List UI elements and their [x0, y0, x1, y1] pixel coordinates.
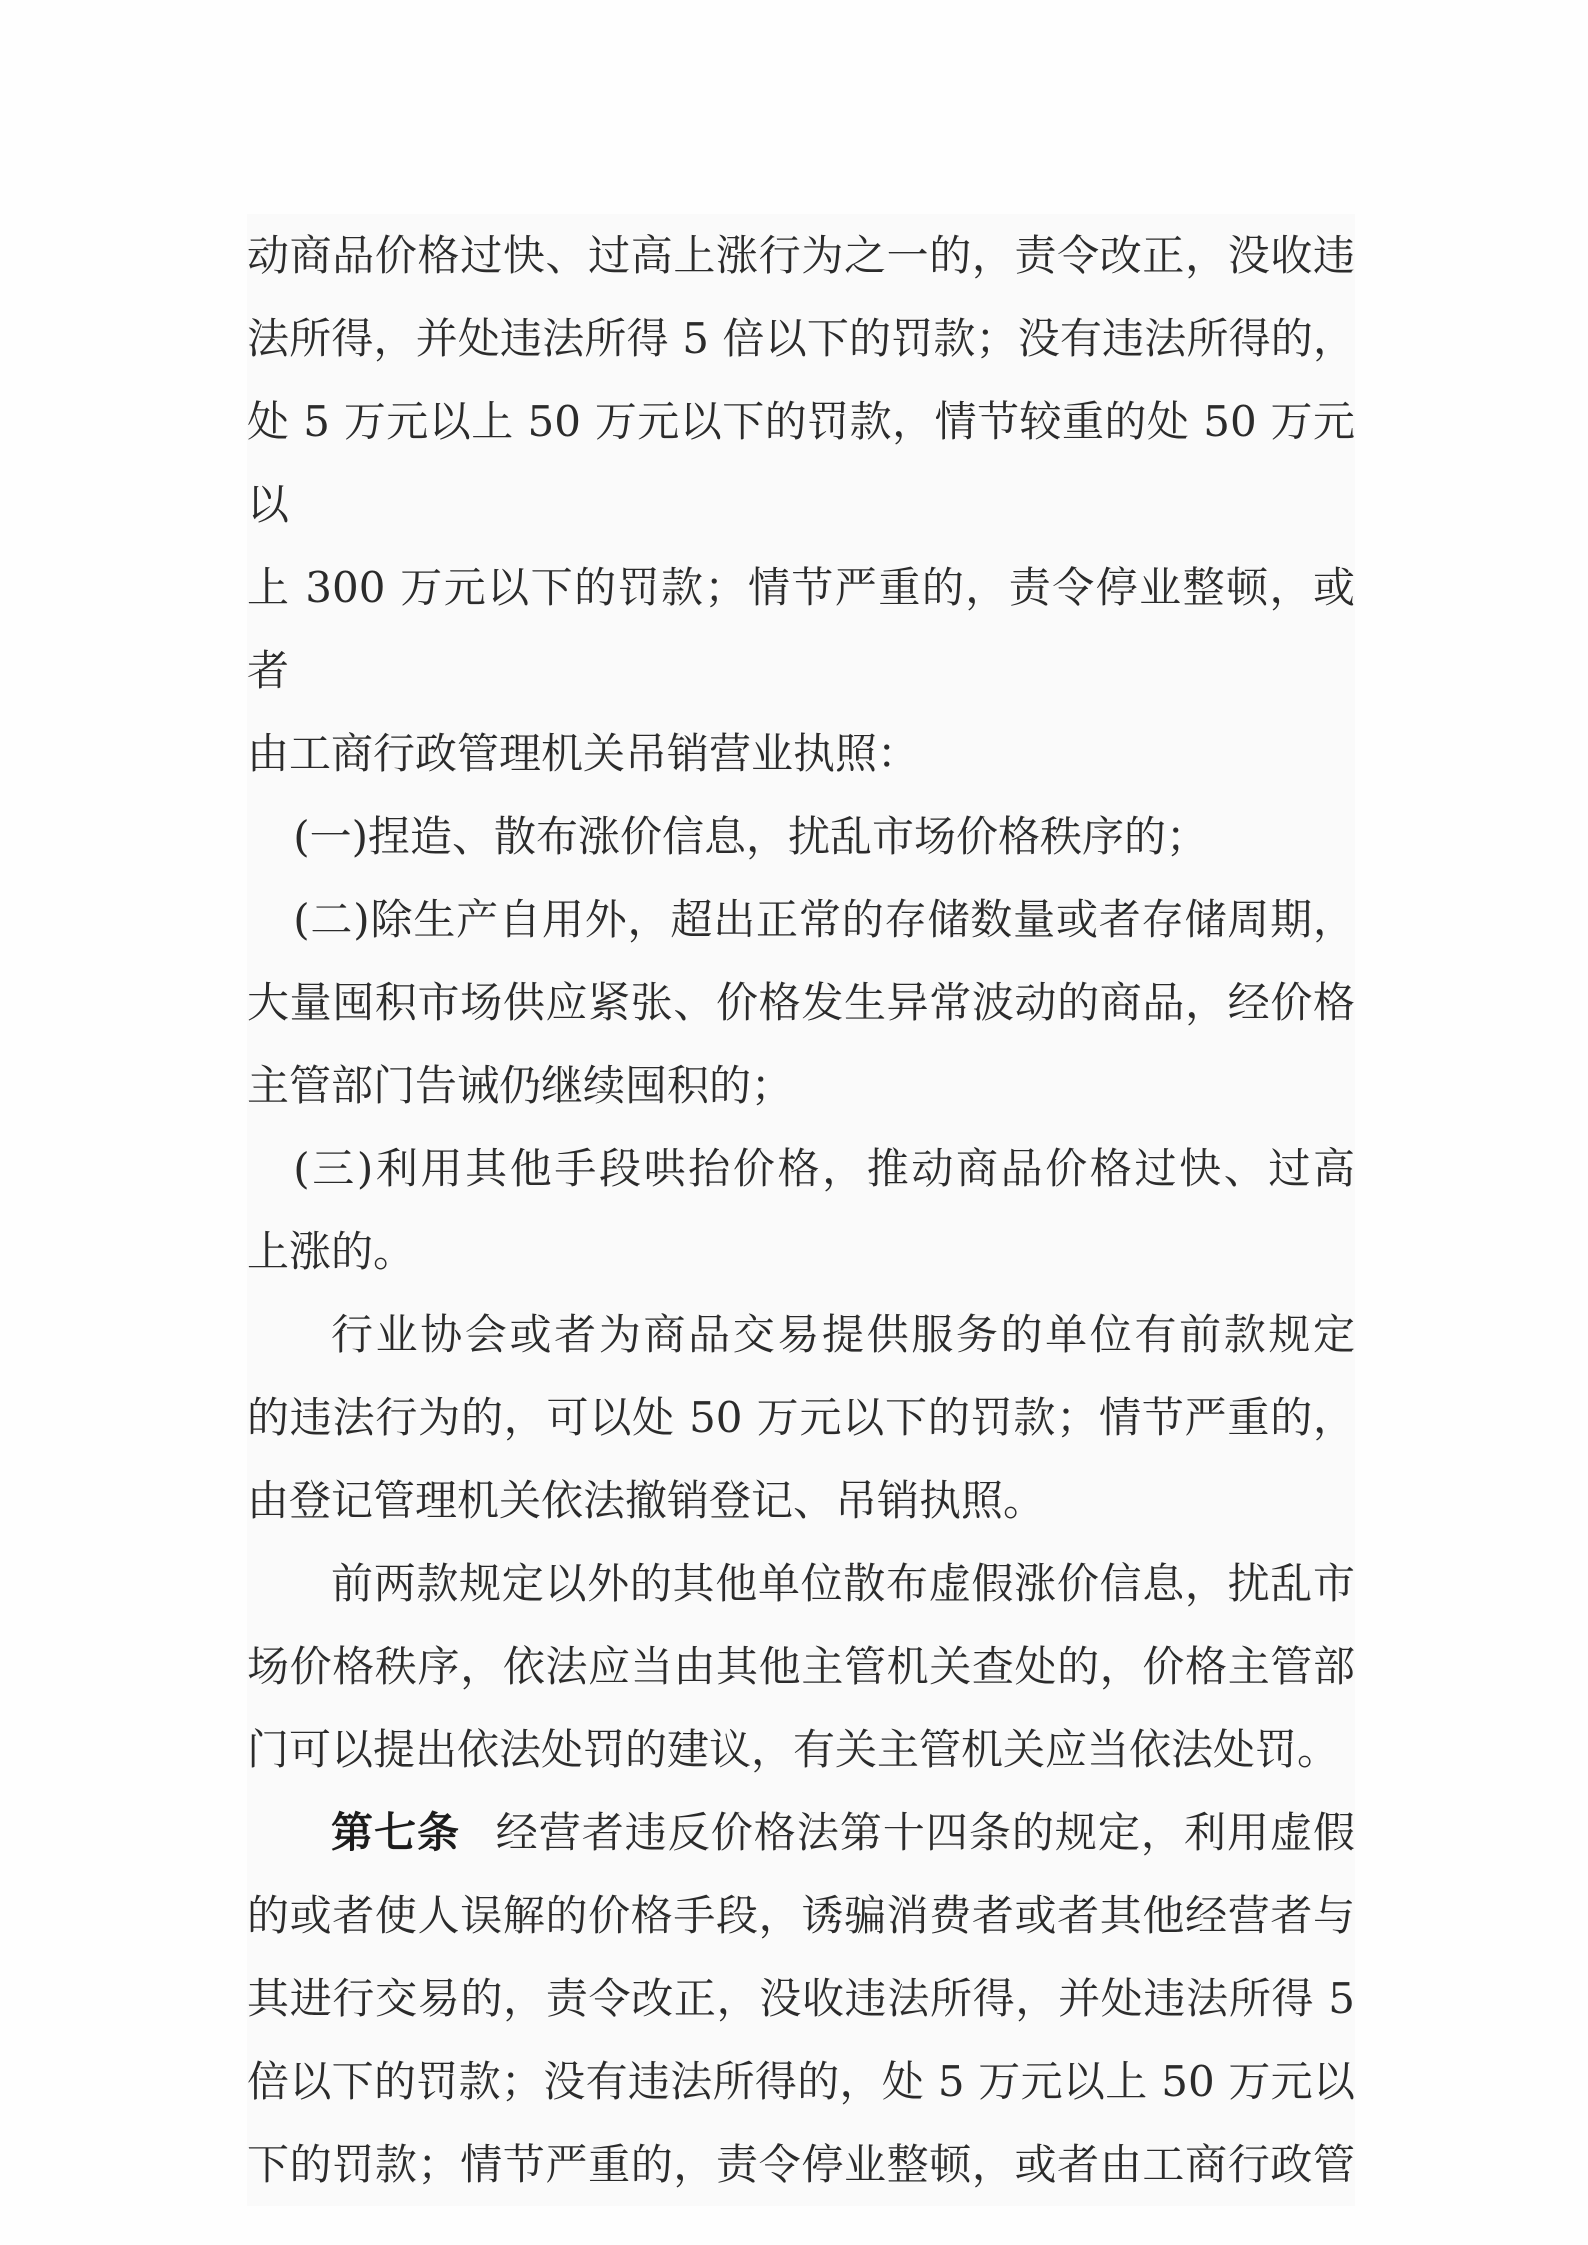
text-line: 主管部门告诫仍继续囤积的；: [247, 1044, 1355, 1127]
text-segment: 主管部门告诫仍继续囤积的；: [247, 1061, 793, 1110]
text-line: 行业协会或者为商品交易提供服务的单位有前款规定: [247, 1293, 1355, 1376]
text-segment: 门可以提出依法处罚的建议，有关主管机关应当依法处罚。: [247, 1725, 1339, 1774]
text-line: 第七条经营者违反价格法第十四条的规定，利用虚假: [247, 1791, 1355, 1874]
legal-text-block: 动商品价格过快、过高上涨行为之一的，责令改正，没收违法所得，并处违法所得 5 倍…: [247, 214, 1355, 2206]
document-page: 动商品价格过快、过高上涨行为之一的，责令改正，没收违法所得，并处违法所得 5 倍…: [0, 0, 1588, 2245]
text-segment: 倍以下的罚款；没有违法所得的，处 5 万元以上 50 万元以: [247, 2057, 1355, 2106]
text-line: 门可以提出依法处罚的建议，有关主管机关应当依法处罚。: [247, 1708, 1355, 1791]
text-segment: 大量囤积市场供应紧张、价格发生异常波动的商品，经价格: [247, 978, 1355, 1027]
article-number: 第七条: [331, 1808, 460, 1857]
text-line: 上涨的。: [247, 1210, 1355, 1293]
text-line: 由登记管理机关依法撤销登记、吊销执照。: [247, 1459, 1355, 1542]
text-line: 的或者使人误解的价格手段，诱骗消费者或者其他经营者与: [247, 1874, 1355, 1957]
text-segment: (一)捏造、散布涨价信息，扰乱市场价格秩序的；: [293, 812, 1208, 861]
text-line: 由工商行政管理机关吊销营业执照：: [247, 712, 1355, 795]
text-line: 倍以下的罚款；没有违法所得的，处 5 万元以上 50 万元以: [247, 2040, 1355, 2123]
text-segment: 上 300 万元以下的罚款；情节严重的，责令停业整顿，或者: [247, 563, 1355, 695]
text-line: 大量囤积市场供应紧张、价格发生异常波动的商品，经价格: [247, 961, 1355, 1044]
text-line: 前两款规定以外的其他单位散布虚假涨价信息，扰乱市: [247, 1542, 1355, 1625]
text-segment: (三)利用其他手段哄抬价格，推动商品价格过快、过高: [293, 1144, 1355, 1193]
text-segment: 动商品价格过快、过高上涨行为之一的，责令改正，没收违: [247, 231, 1355, 280]
text-line: 其进行交易的，责令改正，没收违法所得，并处违法所得 5: [247, 1957, 1355, 2040]
text-segment: 其进行交易的，责令改正，没收违法所得，并处违法所得 5: [247, 1974, 1355, 2023]
text-segment: 场价格秩序，依法应当由其他主管机关查处的，价格主管部: [247, 1642, 1355, 1691]
text-line: 处 5 万元以上 50 万元以下的罚款，情节较重的处 50 万元以: [247, 380, 1355, 546]
text-line: (二)除生产自用外，超出正常的存储数量或者存储周期，: [247, 878, 1355, 961]
text-segment: 法所得，并处违法所得 5 倍以下的罚款；没有违法所得的，: [247, 314, 1355, 363]
text-line: 的违法行为的，可以处 50 万元以下的罚款；情节严重的，: [247, 1376, 1355, 1459]
text-line: 法所得，并处违法所得 5 倍以下的罚款；没有违法所得的，: [247, 297, 1355, 380]
text-segment: 的或者使人误解的价格手段，诱骗消费者或者其他经营者与: [247, 1891, 1355, 1940]
text-segment: 行业协会或者为商品交易提供服务的单位有前款规定: [331, 1310, 1355, 1359]
text-segment: (二)除生产自用外，超出正常的存储数量或者存储周期，: [293, 895, 1355, 944]
text-line: 场价格秩序，依法应当由其他主管机关查处的，价格主管部: [247, 1625, 1355, 1708]
text-segment: 由工商行政管理机关吊销营业执照：: [247, 729, 919, 778]
text-line: 动商品价格过快、过高上涨行为之一的，责令改正，没收违: [247, 214, 1355, 297]
text-segment: 下的罚款；情节严重的，责令停业整顿，或者由工商行政管: [247, 2140, 1355, 2189]
text-segment: 前两款规定以外的其他单位散布虚假涨价信息，扰乱市: [331, 1559, 1355, 1608]
text-line: (三)利用其他手段哄抬价格，推动商品价格过快、过高: [247, 1127, 1355, 1210]
text-line: 上 300 万元以下的罚款；情节严重的，责令停业整顿，或者: [247, 546, 1355, 712]
text-line: (一)捏造、散布涨价信息，扰乱市场价格秩序的；: [247, 795, 1355, 878]
text-segment: 处 5 万元以上 50 万元以下的罚款，情节较重的处 50 万元以: [247, 397, 1355, 529]
text-segment: 经营者违反价格法第十四条的规定，利用虚假: [496, 1808, 1355, 1857]
text-segment: 由登记管理机关依法撤销登记、吊销执照。: [247, 1476, 1045, 1525]
text-segment: 上涨的。: [247, 1227, 415, 1276]
text-line: 下的罚款；情节严重的，责令停业整顿，或者由工商行政管: [247, 2123, 1355, 2206]
text-segment: 的违法行为的，可以处 50 万元以下的罚款；情节严重的，: [247, 1393, 1355, 1442]
